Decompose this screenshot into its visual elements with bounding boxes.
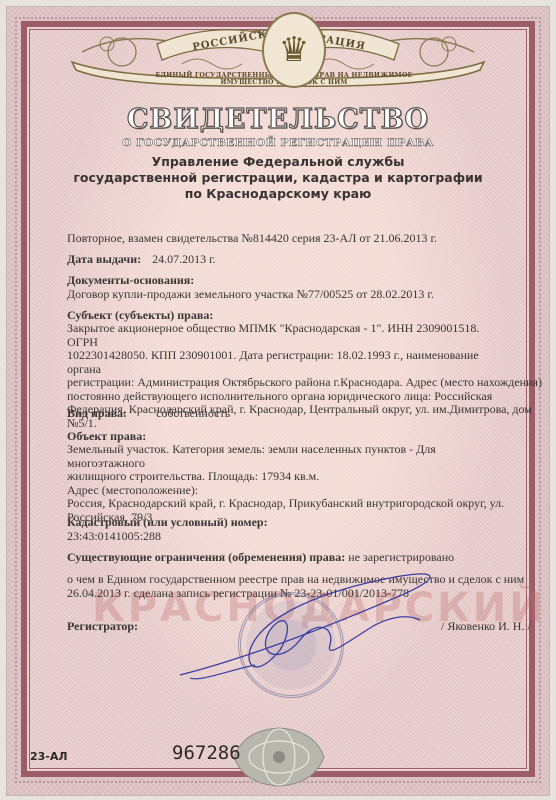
encumbrance: Существующие ограничения (обременения) п… [67, 550, 454, 565]
registrar-name: / Яковенко И. Н. / [441, 619, 531, 634]
basis-label-text: Документы-основания: [67, 273, 194, 287]
series-code: 23-АЛ [30, 750, 68, 763]
serial-number: 967286 [172, 742, 241, 764]
reissue-note: Повторное, взамен свидетельства №814420 … [67, 231, 437, 246]
object-label-text: Объект права: [67, 429, 146, 443]
registrar-label-text: Регистратор: [67, 619, 138, 633]
issue-date-value: 24.07.2013 г. [152, 252, 216, 266]
subject-line: регистрации: Администрация Октябрьского … [67, 376, 507, 390]
document-title: СВИДЕТЕЛЬСТВО [0, 104, 556, 135]
object-line: Адрес (местоположение): [67, 484, 507, 498]
basis-label: Документы-основания: [67, 273, 194, 288]
object-line: жилищного строительства. Площадь: 17934 … [67, 470, 507, 484]
cadastral-number: 23:43:0141005:288 [67, 529, 161, 544]
cadastral-label: Кадастровый (или условный) номер: [67, 515, 268, 530]
encumbrance-label: Существующие ограничения (обременения) п… [67, 550, 345, 564]
cadastral-label-text: Кадастровый (или условный) номер: [67, 515, 268, 529]
issue-date-label: Дата выдачи: [67, 252, 141, 266]
subject-line: постоянно действующего исполнительного о… [67, 390, 507, 404]
double-headed-eagle-icon: ♛ [262, 12, 326, 88]
header-banner: РОССИЙСКАЯ ФЕДЕРАЦИЯ ЕДИНЫЙ ГОСУДАРСТВЕН… [62, 12, 494, 88]
document-subtitle: О ГОСУДАРСТВЕННОЙ РЕГИСТРАЦИИ ПРАВА [0, 137, 556, 149]
object-details: Земельный участок. Категория земель: зем… [67, 443, 507, 524]
object-line: Земельный участок. Категория земель: зем… [67, 443, 507, 470]
subject-line: 1022301428050. КПП 230901001. Дата регис… [67, 349, 507, 376]
right-type: Вид права: собственность [67, 406, 230, 421]
subject-label-text: Субъект (субъекты) права: [67, 308, 213, 322]
issuing-authority: Управление Федеральной службы государств… [0, 154, 556, 202]
subject-line: Закрытое акционерное общество МПМК "Крас… [67, 322, 507, 349]
issue-date: Дата выдачи: 24.07.2013 г. [67, 252, 216, 267]
right-type-label: Вид права: [67, 406, 127, 420]
authority-line: Управление Федеральной службы [0, 154, 556, 170]
registrar-label: Регистратор: [67, 619, 138, 634]
basis-value: Договор купли-продажи земельного участка… [67, 287, 434, 302]
authority-line: по Краснодарскому краю [0, 186, 556, 202]
authority-line: государственной регистрации, кадастра и … [0, 170, 556, 186]
object-line: Россия, Краснодарский край, г. Краснодар… [67, 497, 507, 511]
right-type-value: собственность [156, 406, 230, 420]
signature-scribble-icon [160, 570, 450, 690]
encumbrance-value: не зарегистрировано [348, 550, 454, 564]
